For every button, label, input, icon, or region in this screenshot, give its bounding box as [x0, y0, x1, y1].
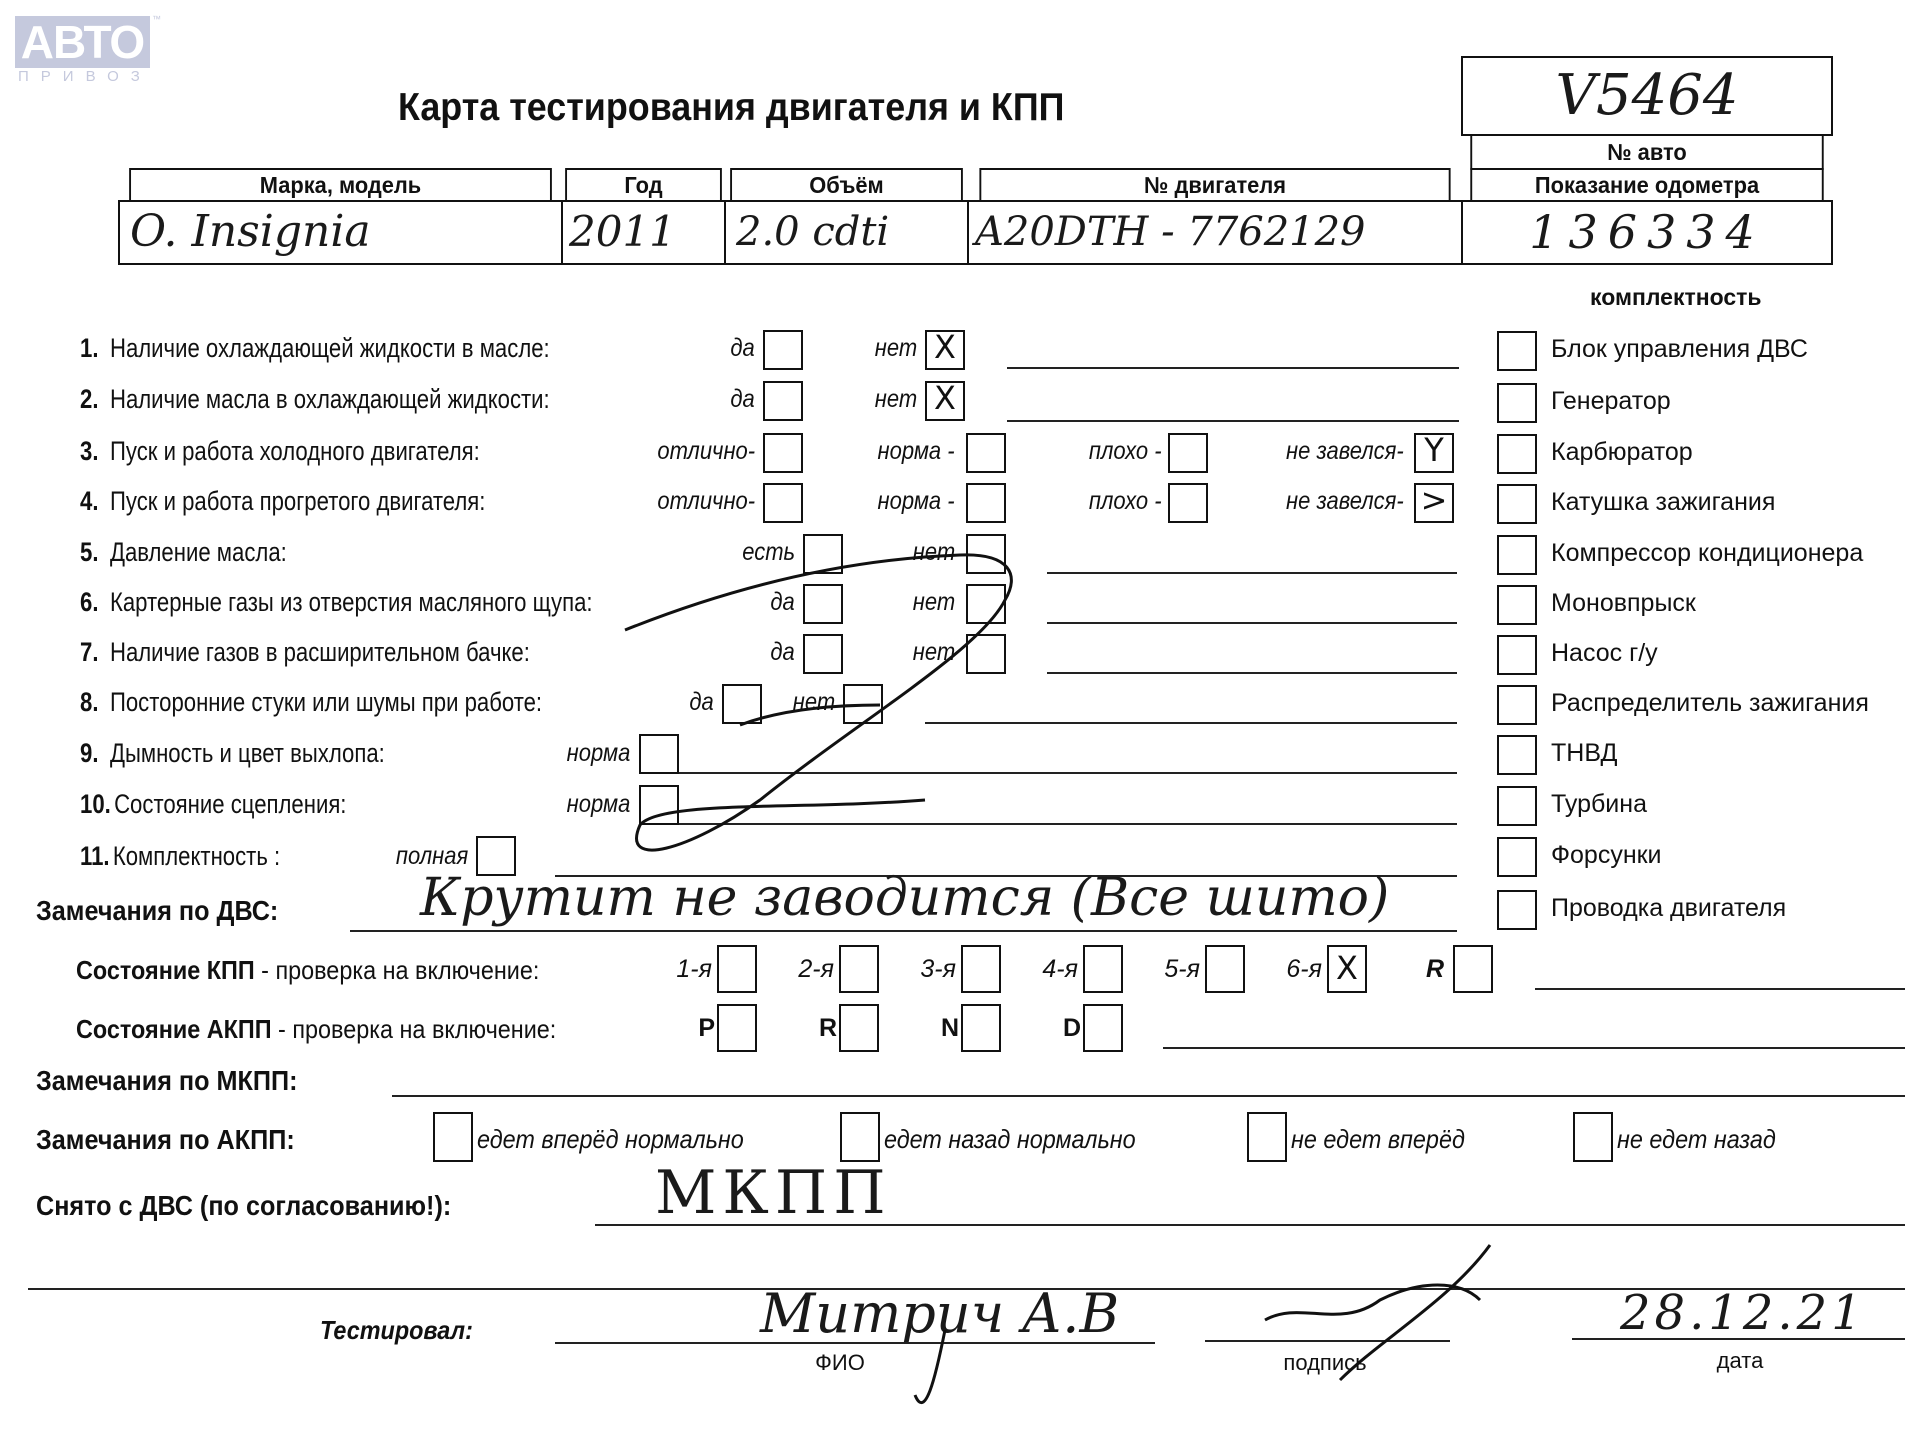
logo-subtitle: ПРИВОЗ	[18, 68, 153, 85]
auto-gearbox-note-line	[1163, 1047, 1905, 1049]
item-label: Наличие масла в охлаждающей жидкости:	[110, 384, 550, 414]
item-label: Картерные газы из отверстия масляного щу…	[110, 587, 593, 617]
header-volume-label: Объём	[730, 168, 963, 202]
gear-label: D	[1041, 1014, 1081, 1043]
checkbox-warm-start-normal[interactable]	[966, 483, 1006, 523]
akpp-option-label: едет назад нормально	[884, 1124, 1136, 1155]
note-line	[1007, 420, 1459, 422]
checklist-item-5: 5.Давление масла:	[80, 537, 287, 568]
checkbox-crankcase-gas-yes[interactable]	[803, 584, 843, 624]
gear-label: 3-я	[896, 955, 956, 984]
checkbox-noises-yes[interactable]	[722, 684, 762, 724]
option-label: отлично-	[657, 487, 755, 516]
checkbox-warm-start-excellent[interactable]	[763, 483, 803, 523]
gear-checkbox-p[interactable]	[717, 1004, 757, 1052]
header-make-model-label: Марка, модель	[129, 168, 552, 202]
item-number: 5.	[80, 537, 98, 567]
note-line	[925, 722, 1457, 724]
kit-item-label: Блок управления ДВС	[1551, 335, 1808, 364]
option-label: норма	[566, 739, 630, 768]
akpp-no-reverse-checkbox[interactable]	[1573, 1112, 1613, 1162]
removed-field[interactable]: МКПП	[655, 1158, 892, 1228]
kit-checkbox-power-steering-pump[interactable]	[1497, 635, 1537, 675]
item-label: Давление масла:	[110, 537, 287, 567]
checkbox-cold-start-excellent[interactable]	[763, 433, 803, 473]
kit-checkbox-ecu[interactable]	[1497, 331, 1537, 371]
akpp-option-label: не едет вперёд	[1291, 1124, 1465, 1155]
option-label: норма	[566, 790, 630, 819]
option-label: норма -	[878, 437, 955, 466]
tested-by-label: Тестировал:	[320, 1315, 473, 1346]
item-label: Дымность и цвет выхлопа:	[110, 738, 385, 768]
kit-item-label: Турбина	[1551, 790, 1647, 819]
note-line	[1047, 622, 1457, 624]
header-year-label: Год	[565, 168, 722, 202]
manual-gearbox-subtitle: - проверка на включение:	[255, 955, 540, 985]
odometer-field[interactable]: 136334	[1461, 200, 1833, 265]
checkbox-exhaust-normal[interactable]	[639, 734, 679, 774]
gear-label: R	[797, 1014, 837, 1043]
checkbox-oil-pressure-no[interactable]	[966, 534, 1006, 574]
checklist-item-1: 1.Наличие охлаждающей жидкости в масле:	[80, 333, 550, 364]
manual-gearbox-label: Состояние КПП - проверка на включение:	[76, 955, 539, 986]
checkbox-cold-start-not-started[interactable]: Y	[1414, 433, 1454, 473]
car-number-field[interactable]: V5464	[1461, 56, 1833, 136]
option-label: да	[690, 688, 714, 717]
kit-checkbox-distributor[interactable]	[1497, 685, 1537, 725]
item-number: 11.	[80, 841, 110, 871]
year-field[interactable]: 2011	[561, 200, 726, 265]
engine-remarks-line	[350, 930, 1457, 932]
option-label: полная	[396, 842, 468, 871]
checklist-item-11: 11.Комплектность :	[80, 841, 280, 872]
gear-checkbox-3[interactable]	[961, 945, 1001, 993]
checkbox-oil-in-coolant-yes[interactable]	[763, 381, 803, 421]
gear-label: 1-я	[652, 955, 712, 984]
item-number: 6.	[80, 587, 98, 617]
item-label: Наличие охлаждающей жидкости в масле:	[110, 333, 550, 363]
gear-label: N	[919, 1014, 959, 1043]
option-label: не завелся-	[1286, 437, 1404, 466]
option-label: да	[731, 385, 755, 414]
checkbox-clutch-normal[interactable]	[639, 785, 679, 825]
engine-number-field[interactable]: A20DTH - 7762129	[967, 200, 1463, 265]
option-label: есть	[742, 538, 795, 567]
akpp-option-label: едет вперёд нормально	[477, 1124, 744, 1155]
checkbox-expansion-tank-gas-yes[interactable]	[803, 634, 843, 674]
option-label: нет	[793, 688, 835, 717]
gear-checkbox-r[interactable]	[839, 1004, 879, 1052]
kit-checkbox-mono-injection[interactable]	[1497, 585, 1537, 625]
option-label: да	[771, 588, 795, 617]
removed-line	[595, 1224, 1905, 1226]
car-number-label: № авто	[1470, 134, 1823, 170]
name-line	[555, 1342, 1155, 1344]
gear-label: 5-я	[1140, 955, 1200, 984]
item-number: 4.	[80, 486, 98, 516]
item-number: 8.	[80, 687, 98, 717]
make-model-field[interactable]: O. Insignia	[118, 200, 563, 265]
akpp-remarks-label: Замечания по АКПП:	[36, 1124, 295, 1156]
signature-field[interactable]	[1205, 1340, 1450, 1342]
checkbox-noises-no[interactable]	[843, 684, 883, 724]
gear-checkbox-1[interactable]	[717, 945, 757, 993]
item-label: Наличие газов в расширительном бачке:	[110, 637, 530, 667]
option-label: нет	[913, 538, 955, 567]
checkbox-expansion-tank-gas-no[interactable]	[966, 634, 1006, 674]
note-line	[679, 772, 1457, 774]
checkbox-warm-start-bad[interactable]	[1168, 483, 1208, 523]
checkbox-coolant-in-oil-no[interactable]: X	[925, 330, 965, 370]
kit-checkbox-ac-compressor[interactable]	[1497, 535, 1537, 575]
header-engine-number-label: № двигателя	[979, 168, 1450, 202]
checklist-item-3: 3.Пуск и работа холодного двигателя:	[80, 436, 480, 467]
option-label: нет	[875, 385, 917, 414]
checkbox-cold-start-bad[interactable]	[1168, 433, 1208, 473]
item-number: 10.	[80, 789, 111, 819]
option-label: нет	[913, 638, 955, 667]
note-line	[679, 823, 1457, 825]
checklist-item-4: 4.Пуск и работа прогретого двигателя:	[80, 486, 485, 517]
gear-label: 6-я	[1262, 955, 1322, 984]
note-line	[1047, 572, 1457, 574]
kit-item-label: Карбюратор	[1551, 438, 1693, 467]
kit-checkbox-generator[interactable]	[1497, 383, 1537, 423]
check-mark-icon: >	[1416, 481, 1452, 519]
kit-checkbox-injectors[interactable]	[1497, 837, 1537, 877]
mkpp-remarks-field[interactable]	[392, 1095, 1905, 1097]
item-label: Пуск и работа прогретого двигателя:	[110, 486, 485, 516]
engine-remarks-label: Замечания по ДВС:	[36, 895, 278, 927]
gear-checkbox-6[interactable]: X	[1327, 945, 1367, 993]
gear-checkbox-4[interactable]	[1083, 945, 1123, 993]
item-number: 2.	[80, 384, 98, 414]
item-number: 1.	[80, 333, 98, 363]
kit-item-label: Распределитель зажигания	[1551, 689, 1869, 718]
item-label: Посторонние стуки или шумы при работе:	[110, 687, 542, 717]
date-field[interactable]: 28.12.21	[1620, 1285, 1866, 1341]
logo-trademark: ™	[152, 14, 161, 24]
kit-item-label: Насос г/у	[1551, 639, 1658, 668]
signature-caption: подпись	[1265, 1350, 1385, 1376]
kit-item-label: Моновпрыск	[1551, 589, 1696, 618]
gear-checkbox-2[interactable]	[839, 945, 879, 993]
check-mark-icon: X	[1329, 949, 1365, 987]
checklist-item-6: 6.Картерные газы из отверстия масляного …	[80, 587, 593, 618]
gear-label: P	[675, 1014, 715, 1043]
option-label: нет	[913, 588, 955, 617]
checkbox-warm-start-not-started[interactable]: >	[1414, 483, 1454, 523]
kit-item-label: Проводка двигателя	[1551, 894, 1786, 923]
item-number: 7.	[80, 637, 98, 667]
auto-gearbox-subtitle: - проверка на включение:	[272, 1014, 557, 1044]
name-caption: ФИО	[780, 1350, 900, 1376]
checklist-item-7: 7.Наличие газов в расширительном бачке:	[80, 637, 530, 668]
date-caption: дата	[1680, 1348, 1800, 1374]
gear-checkbox-d[interactable]	[1083, 1004, 1123, 1052]
kit-title: комплектность	[1590, 284, 1762, 311]
page-title: Карта тестирования двигателя и КПП	[398, 86, 1064, 130]
option-label: не завелся-	[1286, 487, 1404, 516]
auto-gearbox-title: Состояние АКПП	[76, 1014, 272, 1044]
removed-label: Снято с ДВС (по согласованию!):	[36, 1190, 451, 1222]
check-mark-icon: X	[927, 379, 963, 417]
checkbox-crankcase-gas-no[interactable]	[966, 584, 1006, 624]
item-label: Состояние сцепления:	[114, 789, 346, 819]
item-label: Пуск и работа холодного двигателя:	[110, 436, 480, 466]
kit-item-label: Катушка зажигания	[1551, 488, 1775, 517]
auto-gearbox-label: Состояние АКПП - проверка на включение:	[76, 1014, 556, 1045]
kit-checkbox-turbine[interactable]	[1497, 786, 1537, 826]
kit-item-label: Компрессор кондиционера	[1551, 539, 1863, 568]
checklist-item-8: 8.Посторонние стуки или шумы при работе:	[80, 687, 542, 718]
odometer-label: Показание одометра	[1470, 168, 1823, 202]
check-mark-icon: X	[927, 328, 963, 366]
checkbox-coolant-in-oil-yes[interactable]	[763, 330, 803, 370]
tester-name-field[interactable]: Митрич А.В	[760, 1282, 1119, 1345]
option-label: нет	[875, 334, 917, 363]
kit-checkbox-engine-wiring[interactable]	[1497, 890, 1537, 930]
kit-item-label: Генератор	[1551, 387, 1671, 416]
option-label: да	[731, 334, 755, 363]
gear-checkbox-reverse[interactable]	[1453, 945, 1493, 993]
option-label: плохо -	[1089, 437, 1162, 466]
note-line	[1007, 367, 1459, 369]
note-line	[1047, 672, 1457, 674]
engine-remarks-field[interactable]: Крутит не заводится (Все шито)	[420, 868, 1389, 928]
removed-label-text: Снято с ДВС (по согласованию!):	[36, 1190, 451, 1221]
item-number: 9.	[80, 738, 98, 768]
option-label: плохо -	[1089, 487, 1162, 516]
checkbox-oil-pressure-yes[interactable]	[803, 534, 843, 574]
checklist-item-2: 2.Наличие масла в охлаждающей жидкости:	[80, 384, 550, 415]
kit-item-label: Форсунки	[1551, 841, 1662, 870]
checkbox-cold-start-normal[interactable]	[966, 433, 1006, 473]
option-label: отлично-	[657, 437, 755, 466]
gear-label: R	[1404, 955, 1444, 984]
mkpp-remarks-label: Замечания по МКПП:	[36, 1065, 298, 1097]
kit-checkbox-ignition-coil[interactable]	[1497, 484, 1537, 524]
akpp-reverse-normal-checkbox[interactable]	[840, 1112, 880, 1162]
logo: АВТО	[15, 16, 150, 68]
item-label: Комплектность :	[113, 841, 280, 871]
gear-checkbox-5[interactable]	[1205, 945, 1245, 993]
checklist-item-9: 9.Дымность и цвет выхлопа:	[80, 738, 385, 769]
akpp-forward-normal-checkbox[interactable]	[433, 1112, 473, 1162]
manual-gearbox-title: Состояние КПП	[76, 955, 255, 985]
date-line	[1572, 1338, 1905, 1340]
akpp-no-forward-checkbox[interactable]	[1247, 1112, 1287, 1162]
gear-checkbox-n[interactable]	[961, 1004, 1001, 1052]
kit-checkbox-carburetor[interactable]	[1497, 434, 1537, 474]
kit-item-label: ТНВД	[1551, 739, 1617, 768]
item-number: 3.	[80, 436, 98, 466]
akpp-option-label: не едет назад	[1617, 1124, 1776, 1155]
check-mark-icon: Y	[1416, 431, 1452, 469]
option-label: норма -	[878, 487, 955, 516]
gear-label: 2-я	[774, 955, 834, 984]
volume-field[interactable]: 2.0 cdti	[724, 200, 969, 265]
checklist-item-10: 10.Состояние сцепления:	[80, 789, 346, 820]
checkbox-oil-in-coolant-no[interactable]: X	[925, 381, 965, 421]
option-label: да	[771, 638, 795, 667]
kit-checkbox-injection-pump[interactable]	[1497, 735, 1537, 775]
gear-label: 4-я	[1018, 955, 1078, 984]
manual-gearbox-note-line	[1535, 988, 1905, 990]
